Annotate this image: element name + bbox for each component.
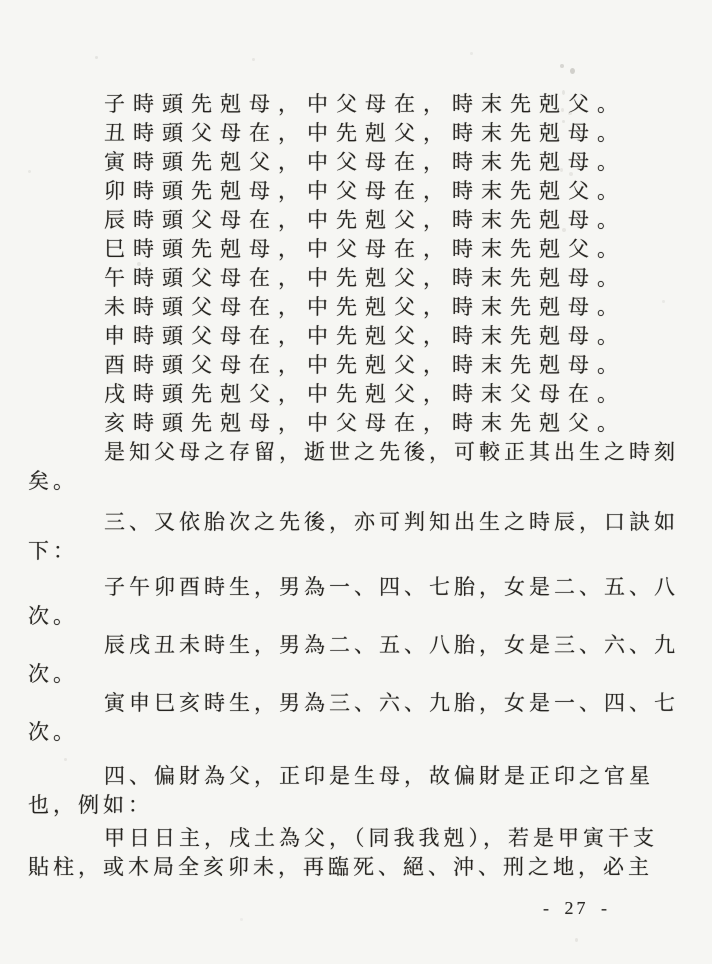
text-line: 午時頭父母在，中先剋父，時末先剋母。 [28,264,698,293]
text-column: 子時頭先剋母，中父母在，時末先剋父。丑時頭父母在，中先剋父，時末先剋母。寅時頭先… [28,90,698,882]
text-line: 貼柱，或木局全亥卯未，再臨死、絕、沖、刑之地，必主 [28,853,698,882]
text-line: 甲日日主，戌土為父，（同我我剋），若是甲寅干支 [28,824,698,853]
paragraph-summary: 是知父母之存留，逝世之先後，可較正其出生之時刻矣。 [28,438,698,496]
paragraph-rule-1: 子午卯酉時生，男為一、四、七胎，女是二、五、八次。 [28,573,698,631]
text-line: 次。 [28,660,698,689]
noise-speck [560,64,564,68]
text-line: 酉時頭父母在，中先剋父，時末先剋母。 [28,351,698,380]
text-line: 辰時頭父母在，中先剋父，時末先剋母。 [28,206,698,235]
text-line: 下： [28,537,698,566]
text-line: 子午卯酉時生，男為一、四、七胎，女是二、五、八 [28,573,698,602]
paragraph-section-three: 三、又依胎次之先後，亦可判知出生之時辰，口訣如下： [28,508,698,566]
paragraph-rule-2: 辰戌丑未時生，男為二、五、八胎，女是三、六、九次。 [28,631,698,689]
text-line: 矣。 [28,467,698,496]
text-line: 次。 [28,718,698,747]
paragraph-rule-3: 寅申巳亥時生，男為三、六、九胎，女是一、四、七次。 [28,689,698,747]
text-line: 也，例如： [28,791,698,820]
text-line: 子時頭先剋母，中父母在，時末先剋父。 [28,90,698,119]
noise-speck [252,58,255,61]
text-line: 丑時頭父母在，中先剋父，時末先剋母。 [28,119,698,148]
noise-speck [575,938,578,942]
noise-speck [570,68,575,74]
text-line: 寅申巳亥時生，男為三、六、九胎，女是一、四、七 [28,689,698,718]
paragraph-section-four: 四、偏財為父，正印是生母，故偏財是正印之官星也，例如： [28,762,698,820]
noise-speck [470,52,473,55]
text-line: 巳時頭先剋母，中父母在，時末先剋父。 [28,235,698,264]
text-line: 戌時頭先剋父，中先剋父，時末父母在。 [28,380,698,409]
text-line: 四、偏財為父，正印是生母，故偏財是正印之官星 [28,762,698,791]
text-line: 三、又依胎次之先後，亦可判知出生之時辰，口訣如 [28,508,698,537]
text-line: 辰戌丑未時生，男為二、五、八胎，女是三、六、九 [28,631,698,660]
text-line: 未時頭父母在，中先剋父，時末先剋母。 [28,293,698,322]
paragraph-example: 甲日日主，戌土為父，（同我我剋），若是甲寅干支貼柱，或木局全亥卯未，再臨死、絕、… [28,824,698,882]
text-line: 亥時頭先剋母，中父母在，時末先剋父。 [28,409,698,438]
text-line: 次。 [28,602,698,631]
text-line: 申時頭父母在，中先剋父，時末先剋母。 [28,322,698,351]
page-number: - 27 - [543,898,610,919]
noise-speck [240,918,243,921]
noise-speck [95,56,98,59]
paragraph-hour-verse: 子時頭先剋母，中父母在，時末先剋父。丑時頭父母在，中先剋父，時末先剋母。寅時頭先… [28,90,698,438]
text-line: 寅時頭先剋父，中父母在，時末先剋母。 [28,148,698,177]
text-line: 是知父母之存留，逝世之先後，可較正其出生之時刻 [28,438,698,467]
text-line: 卯時頭先剋母，中父母在，時末先剋父。 [28,177,698,206]
